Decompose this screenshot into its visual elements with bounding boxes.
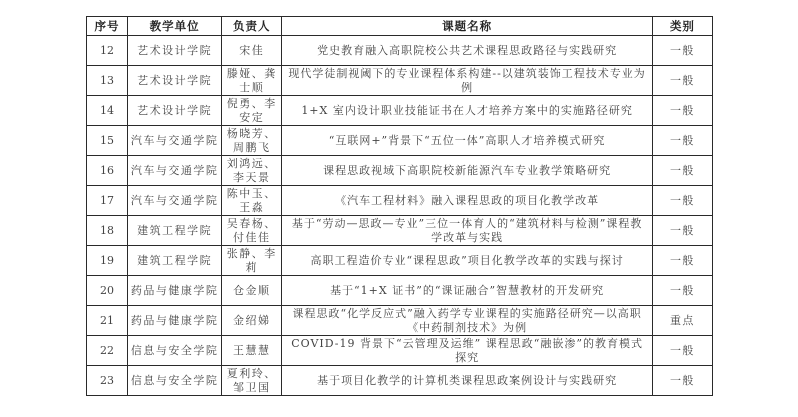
table-row: 23 信息与安全学院 夏利玲、邹卫国 基于项目化教学的计算机类课程思政案例设计与… xyxy=(87,366,713,396)
row-category: 一般 xyxy=(652,216,712,246)
row-unit: 汽车与交通学院 xyxy=(128,186,222,216)
row-person: 吴春杨、付佳佳 xyxy=(222,216,282,246)
row-unit: 信息与安全学院 xyxy=(128,366,222,396)
table-row: 17 汽车与交通学院 陈中玉、王淼 《汽车工程材料》融入课程思政的项目化教学改革… xyxy=(87,186,713,216)
row-number: 17 xyxy=(87,186,128,216)
row-person: 仓金顺 xyxy=(222,276,282,306)
table-row: 16 汽车与交通学院 刘鸿远、李天景 课程思政视域下高职院校新能源汽车专业教学策… xyxy=(87,156,713,186)
row-title: 基于“1+X 证书”的“课证融合”智慧教材的开发研究 xyxy=(282,276,653,306)
row-unit: 药品与健康学院 xyxy=(128,306,222,336)
row-category: 一般 xyxy=(652,126,712,156)
project-list-table: 序号 教学单位 负责人 课题名称 类别 12 艺术设计学院 宋佳 党史教育融入高… xyxy=(86,16,713,396)
row-unit: 药品与健康学院 xyxy=(128,276,222,306)
row-title: “互联网+”背景下“五位一体”高职人才培养模式研究 xyxy=(282,126,653,156)
row-category: 一般 xyxy=(652,336,712,366)
row-title: 现代学徒制视阈下的专业课程体系构建--以建筑装饰工程技术专业为例 xyxy=(282,66,653,96)
row-number: 19 xyxy=(87,246,128,276)
row-category: 一般 xyxy=(652,66,712,96)
row-title: 基于项目化教学的计算机类课程思政案例设计与实践研究 xyxy=(282,366,653,396)
header-teaching-unit: 教学单位 xyxy=(128,17,222,36)
table-row: 14 艺术设计学院 倪勇、李安定 1+X 室内设计职业技能证书在人才培养方案中的… xyxy=(87,96,713,126)
row-unit: 艺术设计学院 xyxy=(128,36,222,66)
row-person: 夏利玲、邹卫国 xyxy=(222,366,282,396)
row-person: 金绍娣 xyxy=(222,306,282,336)
row-number: 15 xyxy=(87,126,128,156)
table-row: 19 建筑工程学院 张静、李莉 高职工程造价专业“课程思政”项目化教学改革的实践… xyxy=(87,246,713,276)
row-person: 王慧慧 xyxy=(222,336,282,366)
row-title: COVID-19 背景下“云管理及运维” 课程思政“融嵌渗”的教育模式探究 xyxy=(282,336,653,366)
row-title: 党史教育融入高职院校公共艺术课程思政路径与实践研究 xyxy=(282,36,653,66)
row-unit: 艺术设计学院 xyxy=(128,66,222,96)
header-number: 序号 xyxy=(87,17,128,36)
row-unit: 信息与安全学院 xyxy=(128,336,222,366)
row-unit: 建筑工程学院 xyxy=(128,246,222,276)
row-number: 13 xyxy=(87,66,128,96)
row-title: 课程思政“化学反应式”融入药学专业课程的实施路径研究—以高职《中药制剂技术》为例 xyxy=(282,306,653,336)
row-person: 滕娅、龚士顺 xyxy=(222,66,282,96)
table-row: 12 艺术设计学院 宋佳 党史教育融入高职院校公共艺术课程思政路径与实践研究 一… xyxy=(87,36,713,66)
row-number: 12 xyxy=(87,36,128,66)
table-row: 21 药品与健康学院 金绍娣 课程思政“化学反应式”融入药学专业课程的实施路径研… xyxy=(87,306,713,336)
row-category: 一般 xyxy=(652,96,712,126)
row-person: 陈中玉、王淼 xyxy=(222,186,282,216)
header-person-in-charge: 负责人 xyxy=(222,17,282,36)
row-category: 一般 xyxy=(652,36,712,66)
row-title: 《汽车工程材料》融入课程思政的项目化教学改革 xyxy=(282,186,653,216)
table-row: 15 汽车与交通学院 杨晓芳、周鹏飞 “互联网+”背景下“五位一体”高职人才培养… xyxy=(87,126,713,156)
row-number: 23 xyxy=(87,366,128,396)
row-person: 杨晓芳、周鹏飞 xyxy=(222,126,282,156)
row-number: 16 xyxy=(87,156,128,186)
header-project-title: 课题名称 xyxy=(282,17,653,36)
row-number: 21 xyxy=(87,306,128,336)
row-person: 倪勇、李安定 xyxy=(222,96,282,126)
row-person: 宋佳 xyxy=(222,36,282,66)
table-row: 13 艺术设计学院 滕娅、龚士顺 现代学徒制视阈下的专业课程体系构建--以建筑装… xyxy=(87,66,713,96)
row-title: 1+X 室内设计职业技能证书在人才培养方案中的实施路径研究 xyxy=(282,96,653,126)
row-category: 一般 xyxy=(652,156,712,186)
row-title: 高职工程造价专业“课程思政”项目化教学改革的实践与探讨 xyxy=(282,246,653,276)
table-row: 22 信息与安全学院 王慧慧 COVID-19 背景下“云管理及运维” 课程思政… xyxy=(87,336,713,366)
row-number: 22 xyxy=(87,336,128,366)
row-number: 18 xyxy=(87,216,128,246)
table-row: 20 药品与健康学院 仓金顺 基于“1+X 证书”的“课证融合”智慧教材的开发研… xyxy=(87,276,713,306)
header-category: 类别 xyxy=(652,17,712,36)
row-category: 一般 xyxy=(652,246,712,276)
row-unit: 汽车与交通学院 xyxy=(128,126,222,156)
row-person: 张静、李莉 xyxy=(222,246,282,276)
row-title: 课程思政视域下高职院校新能源汽车专业教学策略研究 xyxy=(282,156,653,186)
row-category: 一般 xyxy=(652,186,712,216)
row-number: 20 xyxy=(87,276,128,306)
row-category: 一般 xyxy=(652,276,712,306)
table-header-row: 序号 教学单位 负责人 课题名称 类别 xyxy=(87,17,713,36)
row-unit: 艺术设计学院 xyxy=(128,96,222,126)
row-unit: 建筑工程学院 xyxy=(128,216,222,246)
table-row: 18 建筑工程学院 吴春杨、付佳佳 基于“劳动—思政—专业”三位一体育人的“建筑… xyxy=(87,216,713,246)
row-unit: 汽车与交通学院 xyxy=(128,156,222,186)
row-title: 基于“劳动—思政—专业”三位一体育人的“建筑材料与检测”课程教学改革与实践 xyxy=(282,216,653,246)
row-category: 一般 xyxy=(652,366,712,396)
row-number: 14 xyxy=(87,96,128,126)
row-person: 刘鸿远、李天景 xyxy=(222,156,282,186)
row-category: 重点 xyxy=(652,306,712,336)
